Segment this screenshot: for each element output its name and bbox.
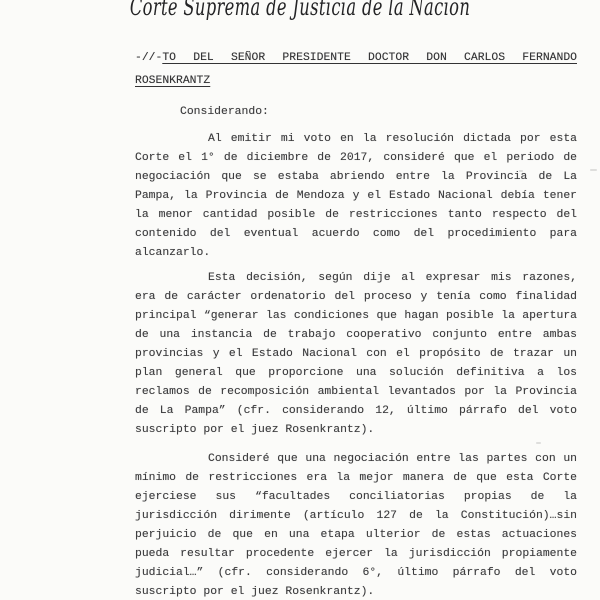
court-letterhead: Corte Suprema de Justicia de la Nación (96, 0, 504, 21)
scan-speck (590, 169, 597, 171)
page-continuation-mark: -//- (135, 52, 162, 64)
paragraph-3: Consideré que una negociación entre las … (135, 450, 577, 600)
considerando-label: Considerando: (180, 102, 577, 122)
scan-speck (519, 170, 523, 172)
paragraph-2: Esta decisión, según dije al expresar mi… (135, 269, 577, 440)
paragraph-1: Al emitir mi voto en la resolución dicta… (135, 130, 577, 263)
heading-line-2: ROSENKRANTZ (135, 71, 577, 91)
scanned-court-document-page: Corte Suprema de Justicia de la Nación -… (0, 0, 600, 600)
heading-line-1: -//-TO DEL SEÑOR PRESIDENTE DOCTOR DON C… (135, 48, 577, 68)
document-body: -//-TO DEL SEÑOR PRESIDENTE DOCTOR DON C… (135, 48, 577, 600)
scan-speck (536, 442, 541, 444)
heading-title-text: TO DEL SEÑOR PRESIDENTE DOCTOR DON CARLO… (162, 52, 577, 64)
heading-surname-text: ROSENKRANTZ (135, 75, 210, 87)
